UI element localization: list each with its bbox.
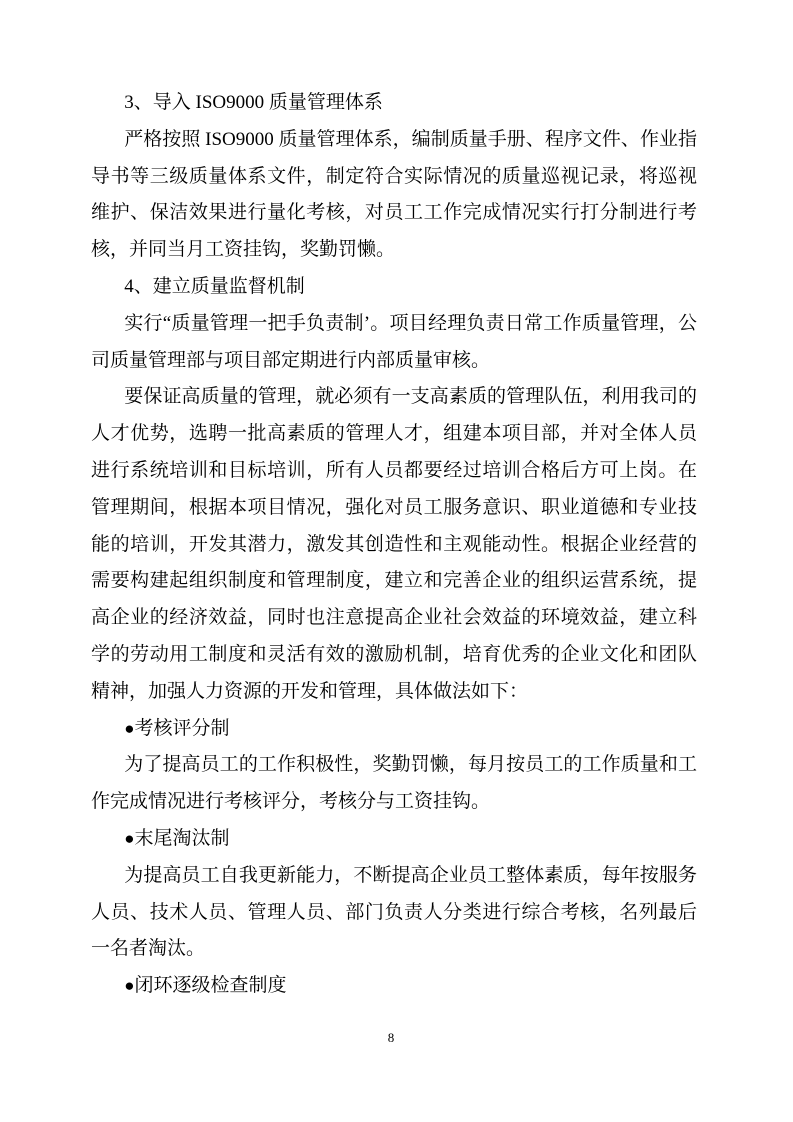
body-paragraph: 为了提高员工的工作积极性，奖勤罚懒，每月按员工的工作质量和工作完成情况进行考核评… — [91, 747, 697, 821]
page-number: 8 — [0, 1028, 782, 1048]
bullet-icon: ● — [124, 719, 134, 738]
body-paragraph: 严格按照 ISO9000 质量管理体系，编制质量手册、程序文件、作业指导书等三级… — [91, 122, 697, 269]
body-paragraph: 为提高员工自我更新能力，不断提高企业员工整体素质，每年按服务人员、技术人员、管理… — [91, 858, 697, 968]
bullet-item: ●闭环逐级检查制度 — [91, 968, 697, 1005]
bullet-item-label: 闭环逐级检查制度 — [135, 975, 287, 996]
bullet-item: ●考核评分制 — [91, 711, 697, 748]
bullet-icon: ● — [124, 976, 134, 995]
bullet-item-label: 末尾淘汰制 — [135, 828, 230, 849]
bullet-icon: ● — [124, 829, 134, 848]
section-heading: 4、建立质量监督机制 — [91, 269, 697, 306]
document-page: 3、导入 ISO9000 质量管理体系严格按照 ISO9000 质量管理体系，编… — [0, 0, 793, 1122]
bullet-item-label: 考核评分制 — [135, 718, 230, 739]
section-heading: 3、导入 ISO9000 质量管理体系 — [91, 85, 697, 122]
bullet-item: ●末尾淘汰制 — [91, 821, 697, 858]
body-paragraph: 实行“质量管理一把手负责制’。项目经理负责日常工作质量管理，公司质量管理部与项目… — [91, 306, 697, 380]
document-body: 3、导入 ISO9000 质量管理体系严格按照 ISO9000 质量管理体系，编… — [91, 85, 697, 1005]
body-paragraph: 要保证高质量的管理，就必须有一支高素质的管理队伍，利用我司的人才优势，选聘一批高… — [91, 379, 697, 710]
